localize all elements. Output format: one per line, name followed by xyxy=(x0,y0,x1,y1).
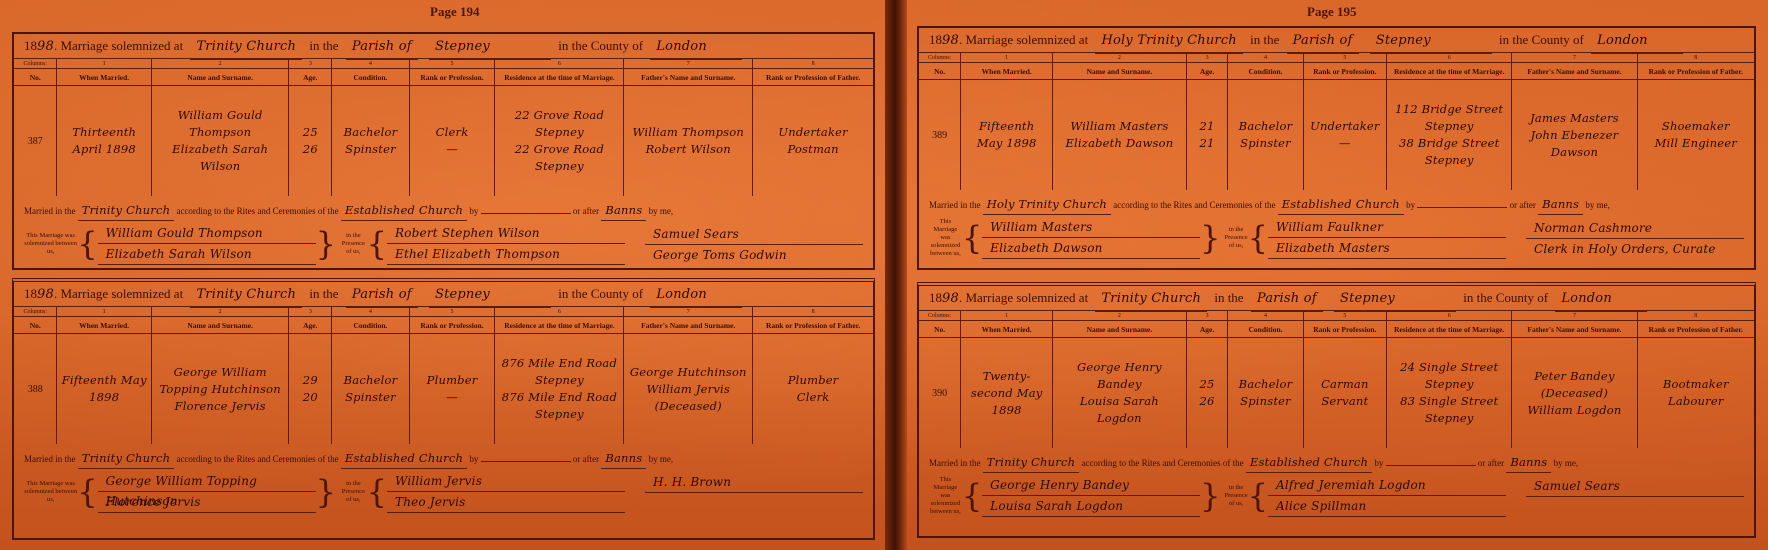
bride-name: Elizabeth Sarah Wilson xyxy=(155,141,285,175)
groom-age: 21 xyxy=(1190,118,1225,135)
bride-father-name: William Jervis (Deceased) xyxy=(627,381,749,415)
entry-heading: 1898. Marriage solemnized at Trinity Chu… xyxy=(919,286,1754,311)
father-profession-cell: BootmakerLabourer xyxy=(1637,338,1754,449)
entry-footer: Married in the Holy Trinity Church accor… xyxy=(919,190,1754,259)
register-table: Columns:12345678 No.When Married.Name an… xyxy=(14,59,873,196)
groom-condition: Bachelor xyxy=(1231,376,1299,393)
column-header: No. xyxy=(14,69,57,86)
bride-father-name: John Ebenezer Dawson xyxy=(1515,127,1633,161)
blank-line xyxy=(481,213,571,214)
entry-footer: Married in the Trinity Church according … xyxy=(14,444,873,513)
presence-label: in the Presence of us, xyxy=(1225,226,1248,250)
marriage-entry: 1898. Marriage solemnized at Holy Trinit… xyxy=(917,26,1756,270)
column-header: No. xyxy=(919,321,961,338)
page-right: Page 195 1898. Marriage solemnized at Ho… xyxy=(907,0,1768,550)
column-number: 7 xyxy=(624,59,753,69)
officiant-signature: Norman Cashmore xyxy=(1526,218,1744,239)
column-number: 1 xyxy=(57,59,151,69)
or-after-label: or after xyxy=(573,206,599,216)
column-header: Rank or Profession of Father. xyxy=(753,69,873,86)
father-name-cell: William ThompsonRobert Wilson xyxy=(624,86,753,197)
brace-icon: } xyxy=(1200,480,1220,512)
by-label: by xyxy=(1374,458,1383,468)
married-in-label: Married in the xyxy=(24,206,75,216)
blank-line xyxy=(1417,207,1507,208)
father-name-cell: George HutchinsonWilliam Jervis (Decease… xyxy=(624,334,753,445)
according-label: according to the Rites and Ceremonies of… xyxy=(1113,200,1275,210)
county-name: London xyxy=(650,35,742,60)
bride-signature: Louisa Sarah Logdon xyxy=(982,496,1200,517)
residence-cell: 24 Single Street Stepney83 Single Street… xyxy=(1387,338,1512,449)
brace-icon: { xyxy=(77,228,97,260)
brace-icon: } xyxy=(316,476,336,508)
brace-icon: { xyxy=(367,476,387,508)
brace-icon: } xyxy=(1200,222,1220,254)
parish-label: Parish of xyxy=(1251,287,1323,312)
party-signatures: William Masters Elizabeth Dawson xyxy=(982,217,1200,259)
table-row: 390 Twenty-second May 1898 George Henry … xyxy=(919,338,1754,449)
in-the-label: in the xyxy=(1214,290,1243,305)
column-header: Condition. xyxy=(1228,321,1303,338)
column-header: Condition. xyxy=(1228,63,1303,80)
officiant-signatures: H. H. Brown xyxy=(645,472,863,513)
names-cell: George William Topping HutchinsonFlorenc… xyxy=(151,334,288,445)
officiant-title xyxy=(1526,497,1744,517)
bride-name: Louisa Sarah Logdon xyxy=(1056,393,1183,427)
groom-age: 25 xyxy=(1190,376,1225,393)
bride-signature: Florence Jervis xyxy=(98,492,316,513)
column-number: 5 xyxy=(1303,311,1387,321)
county-label: in the County of xyxy=(1463,290,1548,305)
groom-father-profession: Undertaker xyxy=(756,124,870,141)
father-profession-cell: PlumberClerk xyxy=(753,334,873,445)
groom-residence: 112 Bridge Street Stepney xyxy=(1390,101,1508,135)
year-suffix: 98 xyxy=(942,29,959,53)
column-header: Age. xyxy=(289,317,332,334)
church-name: Trinity Church xyxy=(190,283,302,308)
county-label: in the County of xyxy=(1499,32,1584,47)
married-in-line: Married in the Trinity Church according … xyxy=(929,452,1744,473)
place-name: Stepney xyxy=(429,283,551,308)
groom-signature: William Masters xyxy=(982,217,1200,238)
or-after-label: or after xyxy=(1478,458,1504,468)
groom-father-name: George Hutchinson xyxy=(627,364,749,381)
groom-residence: 24 Single Street Stepney xyxy=(1390,359,1508,393)
ages-cell: 2526 xyxy=(1186,338,1228,449)
column-numbers: Columns:12345678 xyxy=(919,311,1754,321)
register-table: Columns:12345678 No.When Married.Name an… xyxy=(919,53,1754,190)
column-header: Rank or Profession of Father. xyxy=(753,317,873,334)
bride-profession: — xyxy=(1307,135,1384,152)
column-header: When Married. xyxy=(57,69,151,86)
column-header: Name and Surname. xyxy=(151,317,288,334)
groom-profession: Clerk xyxy=(413,124,492,141)
bride-father-name: Robert Wilson xyxy=(627,141,749,158)
entry-number: 387 xyxy=(14,86,57,197)
profession-cell: Plumber— xyxy=(409,334,495,445)
residence-cell: 112 Bridge Street Stepney38 Bridge Stree… xyxy=(1387,80,1512,191)
officiant-signatures: Norman Cashmore Clerk in Holy Orders, Cu… xyxy=(1526,218,1744,259)
groom-profession: Undertaker xyxy=(1307,118,1384,135)
bride-father-profession: Clerk xyxy=(756,389,870,406)
groom-age: 25 xyxy=(292,124,328,141)
banns-value: Banns xyxy=(601,200,646,221)
bride-name: Elizabeth Dawson xyxy=(1056,135,1183,152)
entry-heading: 1898. Marriage solemnized at Holy Trinit… xyxy=(919,28,1754,53)
married-in-line: Married in the Holy Trinity Church accor… xyxy=(929,194,1744,215)
when-married: Fifteenth May 1898 xyxy=(961,80,1053,191)
rites-name: Established Church xyxy=(1278,194,1404,215)
column-number: 1 xyxy=(961,311,1053,321)
brace-icon: { xyxy=(962,222,982,254)
witness-1-signature: Robert Stephen Wilson xyxy=(387,223,625,244)
column-header: Father's Name and Surname. xyxy=(624,317,753,334)
father-profession-cell: UndertakerPostman xyxy=(753,86,873,197)
by-label: by xyxy=(469,206,478,216)
column-headers: No.When Married.Name and Surname.Age.Con… xyxy=(14,317,873,334)
banns-value: Banns xyxy=(1506,452,1551,473)
solemnized-label: Marriage solemnized at xyxy=(965,32,1088,47)
groom-name: William Masters xyxy=(1056,118,1183,135)
column-number: 5 xyxy=(409,307,495,317)
column-number: 7 xyxy=(624,307,753,317)
ages-cell: 2121 xyxy=(1186,80,1228,191)
condition-cell: BachelorSpinster xyxy=(332,86,409,197)
page-number: Page 195 xyxy=(1307,4,1356,20)
according-label: according to the Rites and Ceremonies of… xyxy=(1081,458,1243,468)
column-header: Rank or Profession. xyxy=(409,317,495,334)
presence-label: in the Presence of us, xyxy=(340,232,367,256)
county-name: London xyxy=(1555,287,1647,312)
column-header: When Married. xyxy=(57,317,151,334)
party-signatures: William Gould Thompson Elizabeth Sarah W… xyxy=(98,223,316,265)
groom-residence: 22 Grove Road Stepney xyxy=(498,107,620,141)
brace-icon: { xyxy=(962,480,982,512)
column-number: 7 xyxy=(1512,311,1637,321)
column-number: 8 xyxy=(1637,53,1754,63)
column-headers: No.When Married.Name and Surname.Age.Con… xyxy=(14,69,873,86)
blank-line xyxy=(1386,465,1476,466)
place-name: Stepney xyxy=(1370,29,1492,54)
witness-1-signature: William Faulkner xyxy=(1268,217,1506,238)
rites-name: Established Church xyxy=(341,200,467,221)
officiant-title: Clerk in Holy Orders, Curate xyxy=(1526,239,1744,259)
officiant-signature: Samuel Sears xyxy=(1526,476,1744,497)
column-number: 8 xyxy=(1637,311,1754,321)
signature-block: This Marriage was solemnized between us,… xyxy=(929,217,1744,259)
year-suffix: 98 xyxy=(37,35,54,59)
column-number: 7 xyxy=(1512,53,1637,63)
married-in-line: Married in the Trinity Church according … xyxy=(24,448,863,469)
this-marriage-label: This Marriage was solemnized between us, xyxy=(24,480,77,504)
register-table: Columns:12345678 No.When Married.Name an… xyxy=(919,311,1754,448)
ages-cell: 2526 xyxy=(289,86,332,197)
table-row: 387 Thirteenth April 1898 William Gould … xyxy=(14,86,873,197)
table-row: 389 Fifteenth May 1898 William MastersEl… xyxy=(919,80,1754,191)
column-number: 6 xyxy=(495,59,624,69)
condition-cell: BachelorSpinster xyxy=(1228,80,1303,191)
marriage-entry: 1898. Marriage solemnized at Trinity Chu… xyxy=(12,278,875,540)
column-number: 3 xyxy=(1186,311,1228,321)
column-number: 4 xyxy=(332,307,409,317)
married-in-label: Married in the xyxy=(929,200,980,210)
marriage-entry: 1898. Marriage solemnized at Trinity Chu… xyxy=(917,282,1756,538)
column-header: Name and Surname. xyxy=(1053,63,1187,80)
parish-label: Parish of xyxy=(1287,29,1359,54)
bride-condition: Spinster xyxy=(335,389,405,406)
bride-profession: Servant xyxy=(1307,393,1384,410)
officiant-title xyxy=(645,493,863,513)
column-number: 6 xyxy=(1387,53,1512,63)
county-label: in the County of xyxy=(558,286,643,301)
column-numbers: Columns:12345678 xyxy=(919,53,1754,63)
column-header: When Married. xyxy=(961,321,1053,338)
bride-condition: Spinster xyxy=(1231,135,1299,152)
solemnized-label: Marriage solemnized at xyxy=(965,290,1088,305)
father-name-cell: Peter Bandey (Deceased)William Logdon xyxy=(1512,338,1637,449)
groom-father-profession: Plumber xyxy=(756,372,870,389)
by-label: by xyxy=(469,454,478,464)
column-header: Residence at the time of Marriage. xyxy=(495,317,624,334)
column-header: Father's Name and Surname. xyxy=(624,69,753,86)
column-header: Age. xyxy=(1186,63,1228,80)
column-numbers: Columns:12345678 xyxy=(14,59,873,69)
bride-residence: 876 Mile End Road Stepney xyxy=(498,389,620,423)
father-name-cell: James MastersJohn Ebenezer Dawson xyxy=(1512,80,1637,191)
married-in-label: Married in the xyxy=(24,454,75,464)
married-in-line: Married in the Trinity Church according … xyxy=(24,200,863,221)
page-left: Page 194 1898. Marriage solemnized at Tr… xyxy=(0,0,885,550)
brace-icon: { xyxy=(1248,222,1268,254)
entry-heading: 1898. Marriage solemnized at Trinity Chu… xyxy=(14,282,873,307)
entry-heading: 1898. Marriage solemnized at Trinity Chu… xyxy=(14,34,873,59)
entry-footer: Married in the Trinity Church according … xyxy=(919,448,1754,517)
column-number: Columns: xyxy=(14,307,57,317)
married-in-church: Trinity Church xyxy=(78,200,174,221)
groom-profession: Plumber xyxy=(413,372,492,389)
year-suffix: 98 xyxy=(942,287,959,311)
groom-father-profession: Shoemaker xyxy=(1641,118,1751,135)
county-name: London xyxy=(650,283,742,308)
officiant-signature: H. H. Brown xyxy=(645,472,863,493)
groom-condition: Bachelor xyxy=(335,124,405,141)
when-married: Fifteenth May 1898 xyxy=(57,334,151,445)
column-header: Rank or Profession. xyxy=(1303,321,1387,338)
by-me-label: by me, xyxy=(649,454,674,464)
groom-residence: 876 Mile End Road Stepney xyxy=(498,355,620,389)
witness-signatures: Alfred Jeremiah Logdon Alice Spillman xyxy=(1268,475,1506,517)
groom-signature: George William Topping Hutchinson xyxy=(98,471,316,492)
bride-residence: 38 Bridge Street Stepney xyxy=(1390,135,1508,169)
column-number: 1 xyxy=(961,53,1053,63)
column-number: 2 xyxy=(1053,311,1187,321)
profession-cell: Clerk— xyxy=(409,86,495,197)
bride-father-profession: Postman xyxy=(756,141,870,158)
column-header: Father's Name and Surname. xyxy=(1512,321,1637,338)
church-name: Trinity Church xyxy=(190,35,302,60)
entry-number: 390 xyxy=(919,338,961,449)
bride-condition: Spinster xyxy=(335,141,405,158)
by-me-label: by me, xyxy=(649,206,674,216)
residence-cell: 22 Grove Road Stepney22 Grove Road Stepn… xyxy=(495,86,624,197)
column-headers: No.When Married.Name and Surname.Age.Con… xyxy=(919,321,1754,338)
marriage-entry: 1898. Marriage solemnized at Trinity Chu… xyxy=(12,32,875,270)
married-in-label: Married in the xyxy=(929,458,980,468)
column-number: 4 xyxy=(1228,311,1303,321)
groom-age: 29 xyxy=(292,372,328,389)
page-number: Page 194 xyxy=(430,4,479,20)
column-number: 1 xyxy=(57,307,151,317)
groom-signature: William Gould Thompson xyxy=(98,223,316,244)
column-number: 5 xyxy=(409,59,495,69)
register-table: Columns:12345678 No.When Married.Name an… xyxy=(14,307,873,444)
year-suffix: 98 xyxy=(37,283,54,307)
column-header: Father's Name and Surname. xyxy=(1512,63,1637,80)
county-label: in the County of xyxy=(558,38,643,53)
father-profession-cell: ShoemakerMill Engineer xyxy=(1637,80,1754,191)
condition-cell: BachelorSpinster xyxy=(1228,338,1303,449)
column-header: Condition. xyxy=(332,317,409,334)
groom-father-name: James Masters xyxy=(1515,110,1633,127)
groom-signature: George Henry Bandey xyxy=(982,475,1200,496)
presence-label: in the Presence of us, xyxy=(1225,484,1248,508)
year-prefix: 18 xyxy=(929,32,942,47)
rites-name: Established Church xyxy=(341,448,467,469)
column-header: Residence at the time of Marriage. xyxy=(1387,63,1512,80)
column-header: Residence at the time of Marriage. xyxy=(1387,321,1512,338)
book-gutter xyxy=(885,0,907,550)
officiant-signatures: Samuel Sears xyxy=(1526,476,1744,517)
column-number: 6 xyxy=(495,307,624,317)
column-numbers: Columns:12345678 xyxy=(14,307,873,317)
column-number: Columns: xyxy=(919,53,961,63)
year-prefix: 18 xyxy=(24,286,37,301)
names-cell: William MastersElizabeth Dawson xyxy=(1053,80,1187,191)
column-number: 8 xyxy=(753,307,873,317)
witness-signatures: Robert Stephen Wilson Ethel Elizabeth Th… xyxy=(387,223,625,265)
married-in-church: Holy Trinity Church xyxy=(983,194,1111,215)
witness-2-signature: Theo Jervis xyxy=(387,492,625,513)
column-number: 3 xyxy=(289,59,332,69)
column-header: Name and Surname. xyxy=(1053,321,1187,338)
witness-1-signature: William Jervis xyxy=(387,471,625,492)
witness-signatures: William Jervis Theo Jervis xyxy=(387,471,625,513)
banns-value: Banns xyxy=(601,448,646,469)
names-cell: William Gould ThompsonElizabeth Sarah Wi… xyxy=(151,86,288,197)
groom-father-name: William Thompson xyxy=(627,124,749,141)
bride-residence: 22 Grove Road Stepney xyxy=(498,141,620,175)
or-after-label: or after xyxy=(1510,200,1536,210)
in-the-label: in the xyxy=(309,286,338,301)
column-number: 6 xyxy=(1387,311,1512,321)
bride-age: 20 xyxy=(292,389,328,406)
bride-condition: Spinster xyxy=(1231,393,1299,410)
married-in-church: Trinity Church xyxy=(983,452,1079,473)
entry-number: 388 xyxy=(14,334,57,445)
groom-name: George Henry Bandey xyxy=(1056,359,1183,393)
signature-block: This Marriage was solemnized between us,… xyxy=(24,223,863,265)
officiant-title: George Toms Godwin xyxy=(645,245,863,265)
bride-name: Florence Jervis xyxy=(155,398,285,415)
bride-profession: — xyxy=(413,141,492,158)
presence-label: in the Presence of us, xyxy=(340,480,367,504)
year-prefix: 18 xyxy=(24,38,37,53)
signature-block: This Marriage was solemnized between us,… xyxy=(24,471,863,513)
groom-condition: Bachelor xyxy=(335,372,405,389)
married-in-church: Trinity Church xyxy=(78,448,174,469)
profession-cell: Undertaker— xyxy=(1303,80,1387,191)
column-number: 2 xyxy=(1053,53,1187,63)
column-header: Residence at the time of Marriage. xyxy=(495,69,624,86)
by-me-label: by me, xyxy=(1554,458,1579,468)
column-header: Age. xyxy=(289,69,332,86)
column-header: Name and Surname. xyxy=(151,69,288,86)
by-label: by xyxy=(1406,200,1415,210)
rites-name: Established Church xyxy=(1246,452,1372,473)
brace-icon: { xyxy=(77,476,97,508)
in-the-label: in the xyxy=(309,38,338,53)
column-number: 3 xyxy=(1186,53,1228,63)
according-label: according to the Rites and Ceremonies of… xyxy=(176,206,338,216)
residence-cell: 876 Mile End Road Stepney876 Mile End Ro… xyxy=(495,334,624,445)
party-signatures: George Henry Bandey Louisa Sarah Logdon xyxy=(982,475,1200,517)
year-prefix: 18 xyxy=(929,290,942,305)
ages-cell: 2920 xyxy=(289,334,332,445)
brace-icon: { xyxy=(1248,480,1268,512)
bride-father-name: William Logdon xyxy=(1515,402,1633,419)
county-name: London xyxy=(1591,29,1683,54)
according-label: according to the Rites and Ceremonies of… xyxy=(176,454,338,464)
bride-father-profession: Labourer xyxy=(1641,393,1751,410)
bride-age: 26 xyxy=(1190,393,1225,410)
groom-condition: Bachelor xyxy=(1231,118,1299,135)
column-number: 4 xyxy=(332,59,409,69)
parish-label: Parish of xyxy=(346,283,418,308)
when-married: Thirteenth April 1898 xyxy=(57,86,151,197)
this-marriage-label: This Marriage was solemnized between us, xyxy=(929,218,962,258)
when-married: Twenty-second May 1898 xyxy=(961,338,1053,449)
column-header: Rank or Profession of Father. xyxy=(1637,63,1754,80)
column-header: Age. xyxy=(1186,321,1228,338)
church-name: Holy Trinity Church xyxy=(1095,29,1242,54)
groom-father-name: Peter Bandey (Deceased) xyxy=(1515,368,1633,402)
column-number: 8 xyxy=(753,59,873,69)
column-header: Rank or Profession. xyxy=(1303,63,1387,80)
this-marriage-label: This Marriage was solemnized between us, xyxy=(929,476,962,516)
column-number: Columns: xyxy=(14,59,57,69)
party-signatures: George William Topping Hutchinson Floren… xyxy=(98,471,316,513)
in-the-label: in the xyxy=(1250,32,1279,47)
brace-icon: { xyxy=(367,228,387,260)
by-me-label: by me, xyxy=(1585,200,1610,210)
profession-cell: CarmanServant xyxy=(1303,338,1387,449)
column-header: When Married. xyxy=(961,63,1053,80)
table-row: 388 Fifteenth May 1898 George William To… xyxy=(14,334,873,445)
groom-name: George William Topping Hutchinson xyxy=(155,364,285,398)
place-name: Stepney xyxy=(1334,287,1456,312)
witness-2-signature: Ethel Elizabeth Thompson xyxy=(387,244,625,265)
bride-signature: Elizabeth Dawson xyxy=(982,238,1200,259)
witness-2-signature: Elizabeth Masters xyxy=(1268,238,1506,259)
or-after-label: or after xyxy=(573,454,599,464)
witness-signatures: William Faulkner Elizabeth Masters xyxy=(1268,217,1506,259)
column-header: Condition. xyxy=(332,69,409,86)
column-number: 2 xyxy=(151,59,288,69)
blank-line xyxy=(481,461,571,462)
bride-age: 21 xyxy=(1190,135,1225,152)
officiant-signature: Samuel Sears xyxy=(645,224,863,245)
column-header: Rank or Profession of Father. xyxy=(1637,321,1754,338)
